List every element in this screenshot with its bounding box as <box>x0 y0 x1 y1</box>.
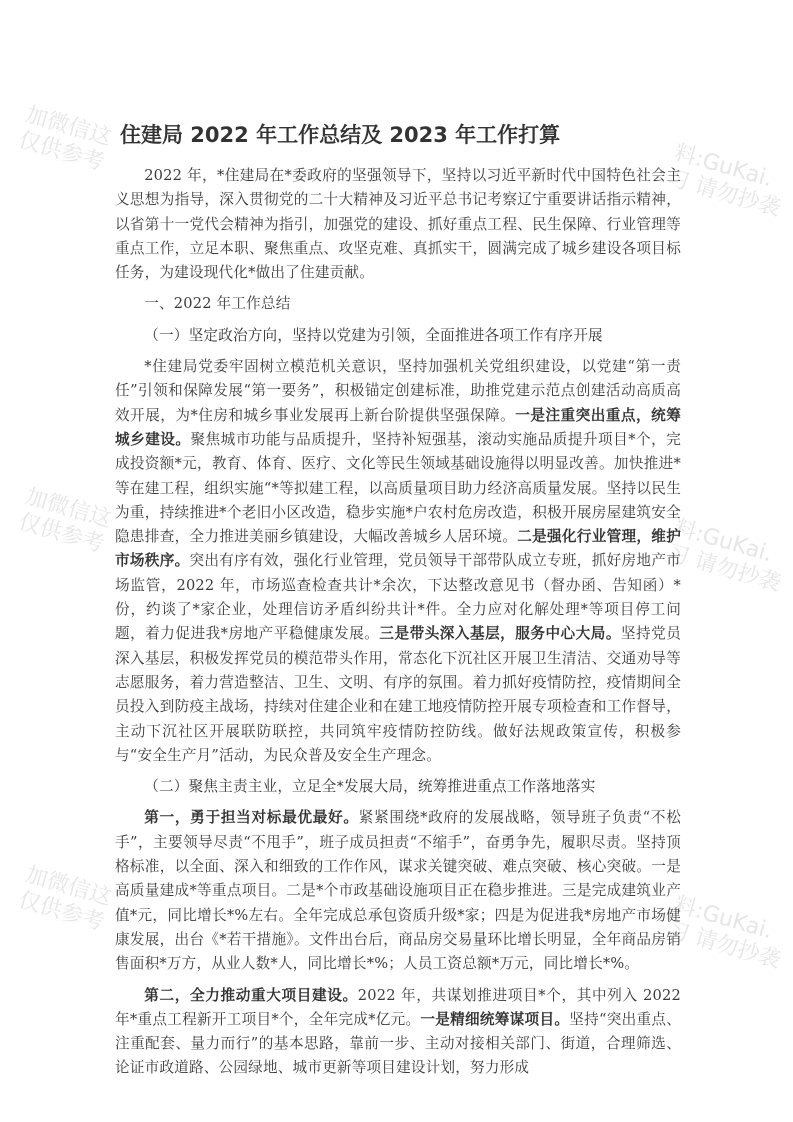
paragraph-second: 第二，全力推动重大项目建设。2022 年，共谋划推进项目*个，其中列入 2022… <box>115 984 681 1081</box>
document-title: 住建局 2022 年工作总结及 2023 年工作打算 <box>120 118 681 152</box>
text: 坚持党员深入基层，积极发挥党员的模范带头作用，常态化下沉社区开展卫生清洁、交通劝… <box>115 625 681 763</box>
watermark-right-1: 料:GuKai. 习 请勿抄袭 <box>664 140 793 231</box>
watermark-line: 料:GuKai. <box>671 892 793 958</box>
bold-lead: 第一，勇于担当对标最优最好。 <box>144 809 359 826</box>
document-page: 住建局 2022 年工作总结及 2023 年工作打算 2022 年，*住建局在*… <box>115 118 681 1081</box>
paragraph-party-building: *住建局党委牢固树立模范机关意识，坚持加强机关党组织建设，以党建“第一责任”引领… <box>115 355 681 768</box>
section-heading-1: 一、2022 年工作总结 <box>115 292 681 316</box>
watermark-line: 习 请勿抄袭 <box>664 165 793 231</box>
subsection-heading-2: （二）聚焦主责主业，立足全*发展大局，统筹推进重点工作落地落实 <box>115 775 681 799</box>
watermark-line: 料:GuKai. <box>671 140 793 206</box>
bold-lead: 三是带头深入基层，服务中心大局。 <box>379 625 621 642</box>
watermark-right-2: 料:GuKai. 习 请勿抄袭 <box>664 515 793 606</box>
text: 紧紧围绕*政府的发展战略，领导班子负责“不松手”，主要领导尽责“不甩手”，班子成… <box>115 809 681 972</box>
paragraph-first: 第一，勇于担当对标最优最好。紧紧围绕*政府的发展战略，领导班子负责“不松手”，主… <box>115 806 681 976</box>
watermark-line: 习 请勿抄袭 <box>664 540 793 606</box>
intro-paragraph: 2022 年，*住建局在*委政府的坚强领导下，坚持以习近平新时代中国特色社会主义… <box>115 164 681 285</box>
watermark-line: 习 请勿抄袭 <box>664 917 793 983</box>
subsection-heading-1: （一）坚定政治方向，坚持以党建为引领，全面推进各项工作有序开展 <box>115 324 681 348</box>
watermark-line: 料:GuKai. <box>671 515 793 581</box>
bold-lead: 一是精细统筹谋项目。 <box>420 1011 569 1028</box>
bold-lead: 第二，全力推动重大项目建设。 <box>144 987 358 1004</box>
watermark-right-3: 料:GuKai. 习 请勿抄袭 <box>664 892 793 983</box>
